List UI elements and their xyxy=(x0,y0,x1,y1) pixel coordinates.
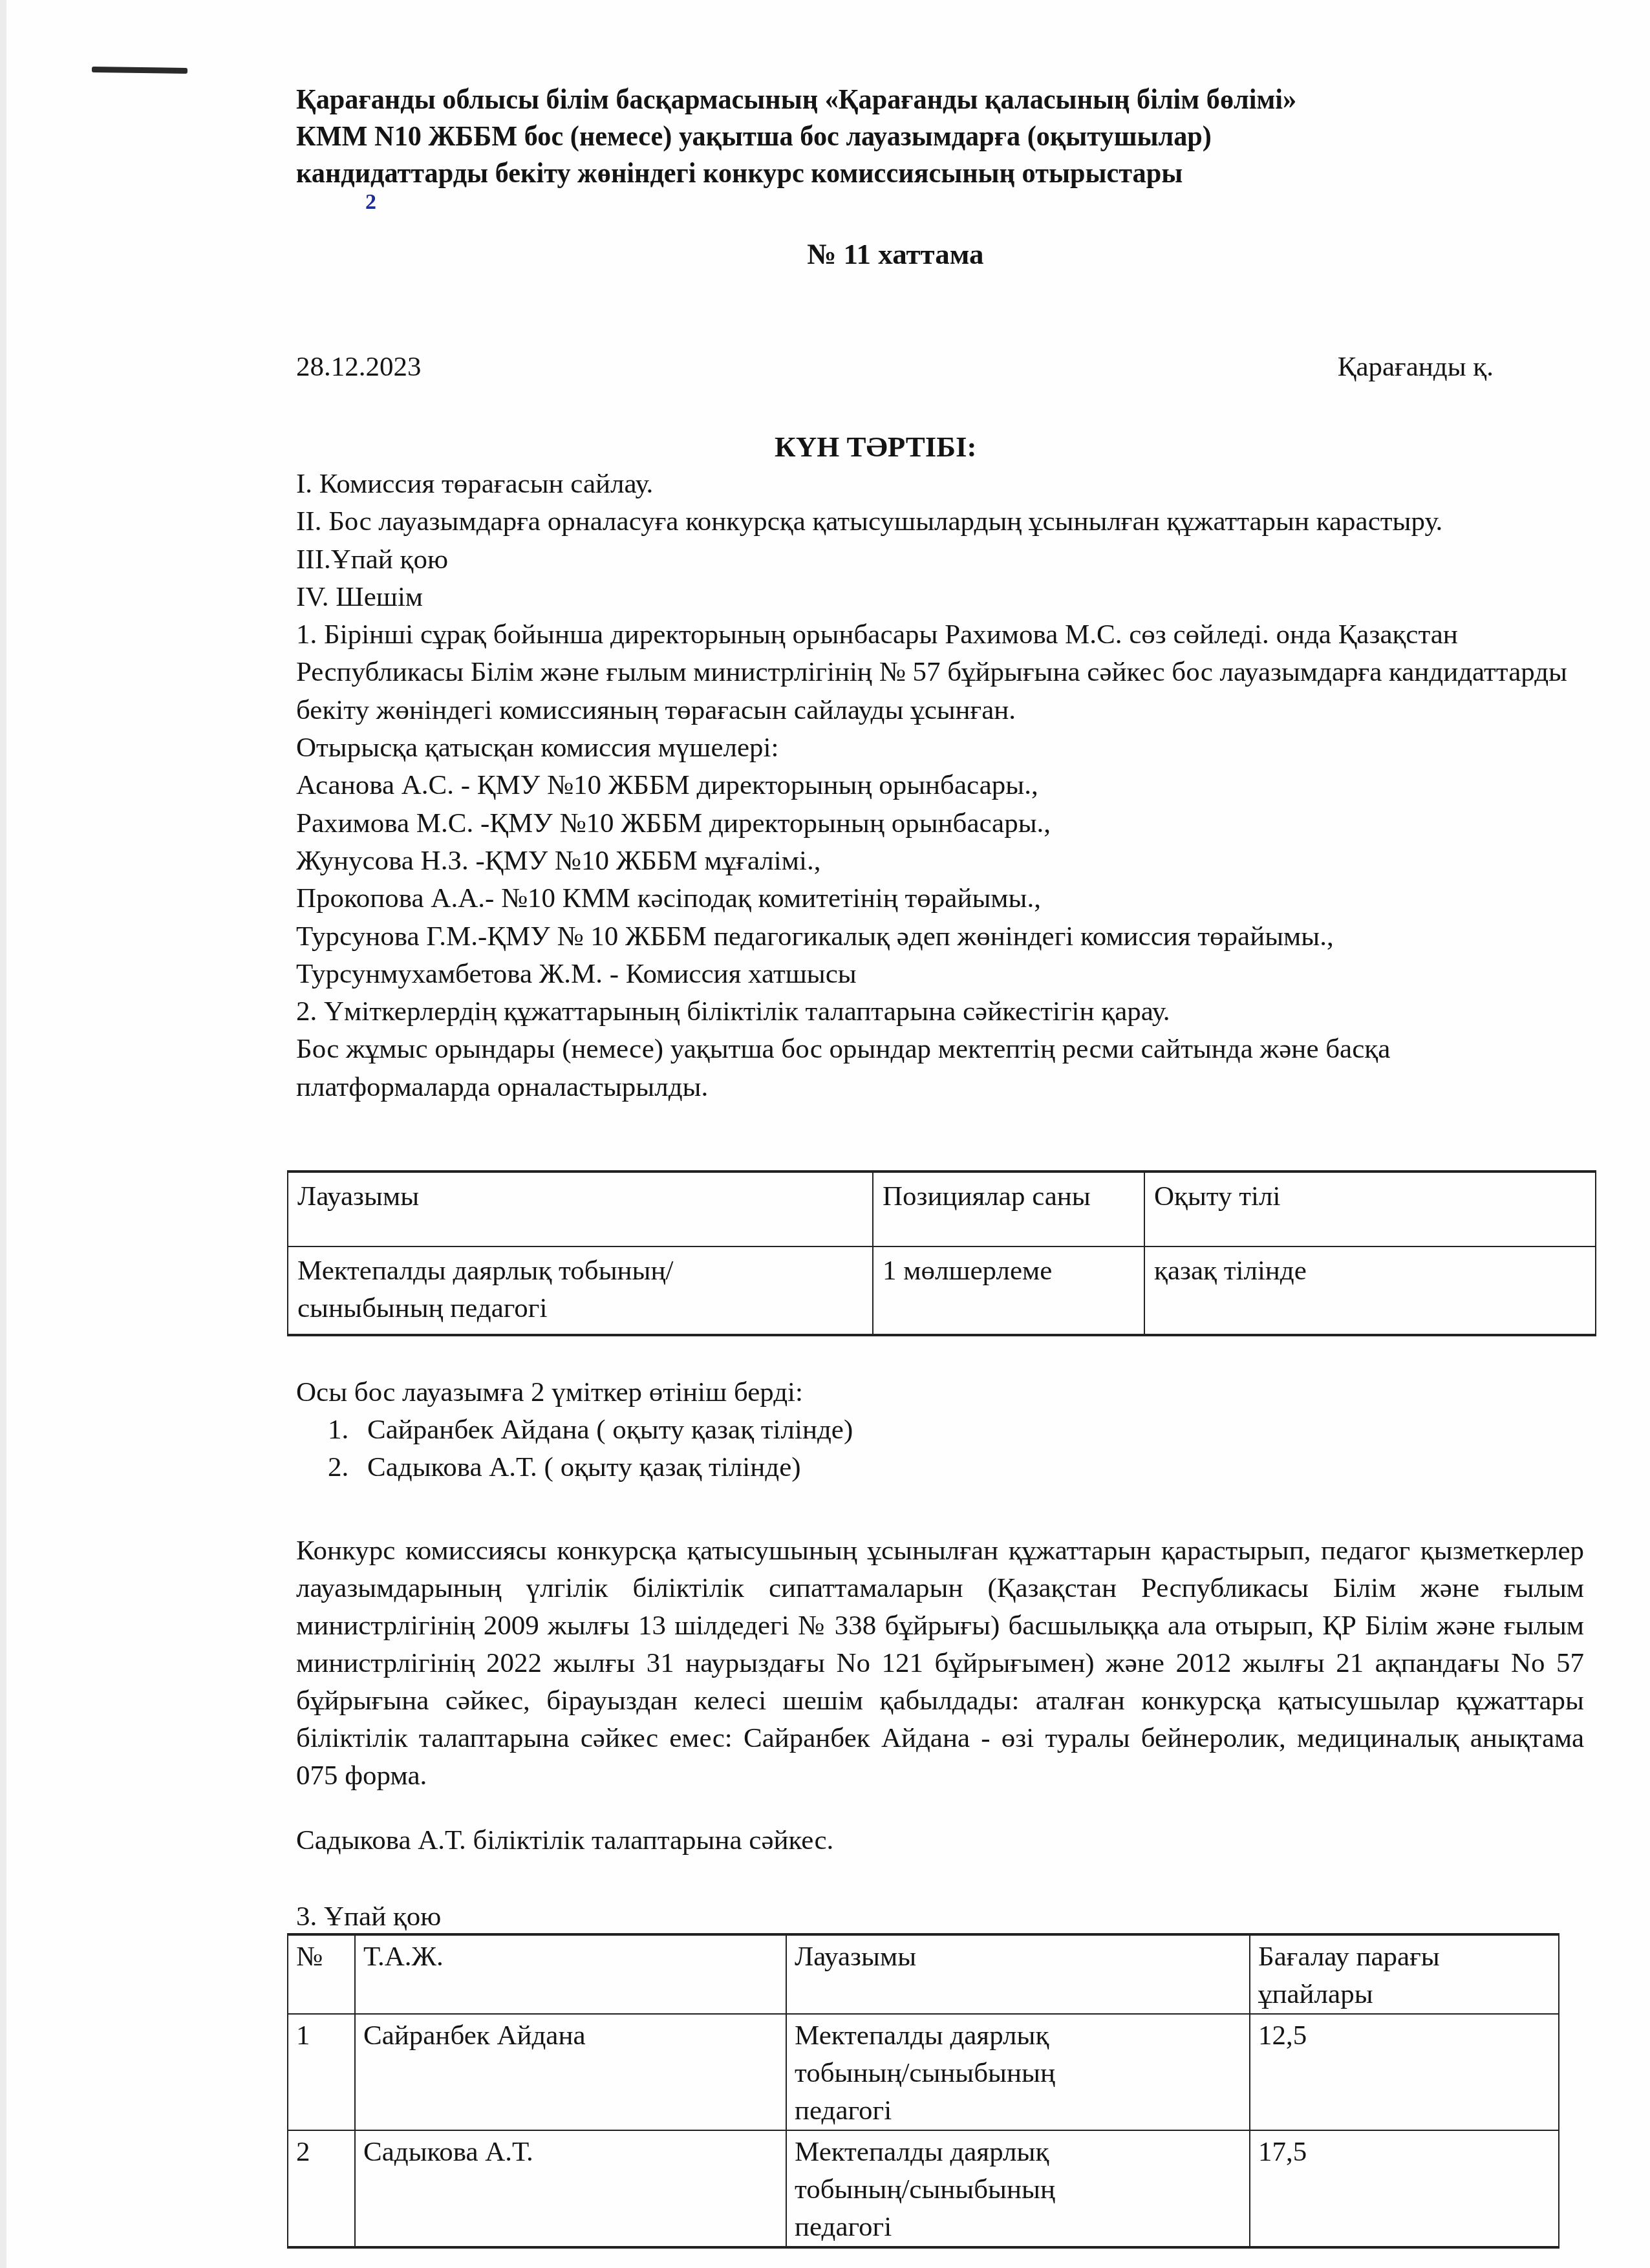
scan-page-edge xyxy=(0,0,6,2268)
vacancy-table: Лауазымы Позициялар саны Оқыту тілі Мект… xyxy=(287,1170,1596,1336)
commission-member: Асанова А.С. - ҚМУ №10 ЖББМ директорының… xyxy=(296,767,1584,804)
decision-text: Конкурс комиссиясы конкурсқа қатысушының… xyxy=(296,1532,1584,1795)
commission-member: Прокопова А.А.- №10 КММ кәсіподақ комите… xyxy=(296,880,1584,917)
scoring-title: 3. Ұпай қою xyxy=(296,1898,441,1936)
table-cell: 1 мөлшерлеме xyxy=(873,1246,1144,1335)
table-cell: Сайранбек Айдана xyxy=(355,2014,786,2130)
table-header-row: № Т.А.Ж. Лауазымы Бағалау парағы ұпайлар… xyxy=(288,1934,1559,2014)
table-row: Мектепалды даярлық тобының/сыныбының пед… xyxy=(288,1246,1596,1335)
list-item: Садыкова А.Т. ( оқыту қазақ тілінде) xyxy=(356,1449,853,1486)
table-cell: Садыкова А.Т. xyxy=(355,2130,786,2247)
table-cell: 2 xyxy=(288,2130,355,2247)
agenda-item: III.Ұпай қою xyxy=(296,541,1584,579)
commission-member: Жунусова Н.З. -ҚМУ №10 ЖББМ мұғалімі., xyxy=(296,842,1584,880)
commission-member: Турсунова Г.М.-ҚМУ № 10 ЖББМ педагогикал… xyxy=(296,918,1584,956)
title-line: Қарағанды облысы білім басқармасының «Қа… xyxy=(296,81,1451,118)
applicants-list: Сайранбек Айдана ( оқыту қазақ тілінде) … xyxy=(296,1411,853,1486)
list-item: Сайранбек Айдана ( оқыту қазақ тілінде) xyxy=(356,1411,853,1449)
scan-mark-dash xyxy=(92,67,187,74)
table-row: 2 Садыкова А.Т. Мектепалды даярлық тобын… xyxy=(288,2130,1559,2247)
protocol-date: 28.12.2023 xyxy=(296,351,422,383)
table-cell: Мектепалды даярлық тобының/сыныбының пед… xyxy=(786,2130,1250,2247)
commission-member: Турсунмухамбетова Ж.М. - Комиссия хатшыс… xyxy=(296,956,1584,993)
header-cell: Т.А.Ж. xyxy=(355,1934,786,2014)
protocol-number: № 11 хаттама xyxy=(807,236,984,273)
applicants-section: Осы бос лауазымға 2 үміткер өтініш берді… xyxy=(296,1374,853,1486)
applicants-intro: Осы бос лауазымға 2 үміткер өтініш берді… xyxy=(296,1374,853,1411)
section-2-heading: 2. Үміткерлердің құжаттарының біліктілік… xyxy=(296,993,1584,1031)
table-cell: 12,5 xyxy=(1250,2014,1559,2130)
table-header-row: Лауазымы Позициялар саны Оқыту тілі xyxy=(288,1171,1596,1246)
agenda-item: I. Комиссия төрағасын сайлау. xyxy=(296,465,1584,503)
agenda-and-section-1-2: I. Комиссия төрағасын сайлау. II. Бос ла… xyxy=(296,465,1584,1106)
header-cell: Лауазымы xyxy=(288,1171,873,1246)
agenda-item: IV. Шешім xyxy=(296,579,1584,616)
protocol-city: Қарағанды қ. xyxy=(1338,351,1494,383)
table-cell: Мектепалды даярлық тобының/сыныбының пед… xyxy=(288,1246,873,1335)
handwritten-ink-mark: 2 xyxy=(365,194,376,211)
table-cell: қазақ тілінде xyxy=(1144,1246,1596,1335)
table-cell: 1 xyxy=(288,2014,355,2130)
title-line: КММ N10 ЖББМ бос (немесе) уақытша бос ла… xyxy=(296,118,1451,155)
header-cell: Бағалау парағы ұпайлары xyxy=(1250,1934,1559,2014)
decision-paragraph: Конкурс комиссиясы конкурсқа қатысушының… xyxy=(296,1532,1584,1795)
agenda-item: II. Бос лауазымдарға орналасуға конкурсқ… xyxy=(296,503,1584,540)
agenda-title: КҮН ТӘРТІБІ: xyxy=(775,430,976,464)
document-title: Қарағанды облысы білім басқармасының «Қа… xyxy=(296,81,1451,191)
header-cell: № xyxy=(288,1934,355,2014)
table-row: 1 Сайранбек Айдана Мектепалды даярлық то… xyxy=(288,2014,1559,2130)
section-1-text: 1. Бірінші сұрақ бойынша директорының ор… xyxy=(296,616,1584,729)
header-cell: Лауазымы xyxy=(786,1934,1250,2014)
scoring-table: № Т.А.Ж. Лауазымы Бағалау парағы ұпайлар… xyxy=(287,1933,1559,2249)
commission-member: Рахимова М.С. -ҚМУ №10 ЖББМ директорының… xyxy=(296,805,1584,842)
members-label: Отырысқа қатысқан комиссия мүшелері: xyxy=(296,729,1584,767)
header-cell: Оқыту тілі xyxy=(1144,1171,1596,1246)
decision-result: Садыкова А.Т. біліктілік талаптарына сәй… xyxy=(296,1822,833,1859)
title-line: кандидаттарды бекіту жөніндегі конкурс к… xyxy=(296,155,1451,191)
table-cell: 17,5 xyxy=(1250,2130,1559,2247)
table-cell: Мектепалды даярлық тобының/сыныбының пед… xyxy=(786,2014,1250,2130)
header-cell: Позициялар саны xyxy=(873,1171,1144,1246)
section-2-text: Бос жұмыс орындары (немесе) уақытша бос … xyxy=(296,1031,1584,1106)
